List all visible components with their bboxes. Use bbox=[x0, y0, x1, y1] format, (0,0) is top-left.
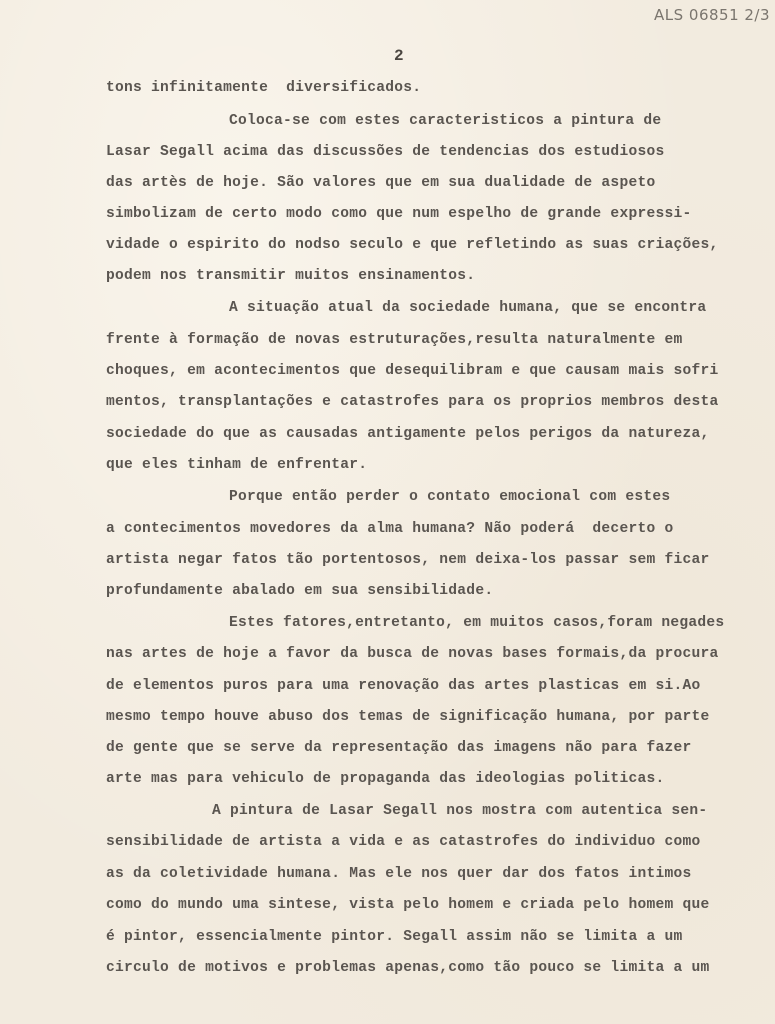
text-line: de gente que se serve da representação d… bbox=[106, 740, 692, 756]
page-number: 2 bbox=[394, 47, 404, 65]
archive-code: ALS 06851 2/3 bbox=[654, 6, 770, 24]
text-line: profundamente abalado em sua sensibilida… bbox=[106, 583, 493, 599]
text-line: das artès de hoje. São valores que em su… bbox=[106, 175, 655, 191]
text-line: simbolizam de certo modo como que num es… bbox=[106, 206, 692, 222]
text-line: as da coletividade humana. Mas ele nos q… bbox=[106, 866, 692, 882]
text-line: sensibilidade de artista a vida e as cat… bbox=[106, 834, 701, 850]
text-line: mentos, transplantações e catastrofes pa… bbox=[106, 394, 719, 410]
text-line: tons infinitamente diversificados. bbox=[106, 80, 421, 96]
text-line: artista negar fatos tão portentosos, nem… bbox=[106, 552, 710, 568]
paragraph-start-line: Coloca-se com estes caracteristicos a pi… bbox=[229, 113, 661, 129]
text-line: é pintor, essencialmente pintor. Segall … bbox=[106, 929, 683, 945]
text-line: podem nos transmitir muitos ensinamentos… bbox=[106, 268, 475, 284]
paragraph-start-line: Porque então perder o contato emocional … bbox=[229, 489, 670, 505]
document-page: ALS 06851 2/3 2 tons infinitamente diver… bbox=[0, 0, 775, 1024]
text-line: sociedade do que as causadas antigamente… bbox=[106, 426, 710, 442]
text-line: circulo de motivos e problemas apenas,co… bbox=[106, 960, 710, 976]
paragraph-start-line: Estes fatores,entretanto, em muitos caso… bbox=[229, 615, 724, 631]
text-line: como do mundo uma sintese, vista pelo ho… bbox=[106, 897, 710, 913]
text-line: choques, em acontecimentos que desequili… bbox=[106, 363, 719, 379]
text-line: mesmo tempo houve abuso dos temas de sig… bbox=[106, 709, 710, 725]
text-line: nas artes de hoje a favor da busca de no… bbox=[106, 646, 719, 662]
paragraph-start-line: A situação atual da sociedade humana, qu… bbox=[229, 300, 706, 316]
text-line: Lasar Segall acima das discussões de ten… bbox=[106, 144, 664, 160]
paragraph-start-line: A pintura de Lasar Segall nos mostra com… bbox=[212, 803, 707, 819]
text-line: a contecimentos movedores da alma humana… bbox=[106, 521, 673, 537]
text-line: vidade o espirito do nodso seculo e que … bbox=[106, 237, 719, 253]
text-line: arte mas para vehiculo de propaganda das… bbox=[106, 771, 664, 787]
text-line: frente à formação de novas estruturações… bbox=[106, 332, 683, 348]
text-line: que eles tinham de enfrentar. bbox=[106, 457, 367, 473]
text-line: de elementos puros para uma renovação da… bbox=[106, 678, 701, 694]
